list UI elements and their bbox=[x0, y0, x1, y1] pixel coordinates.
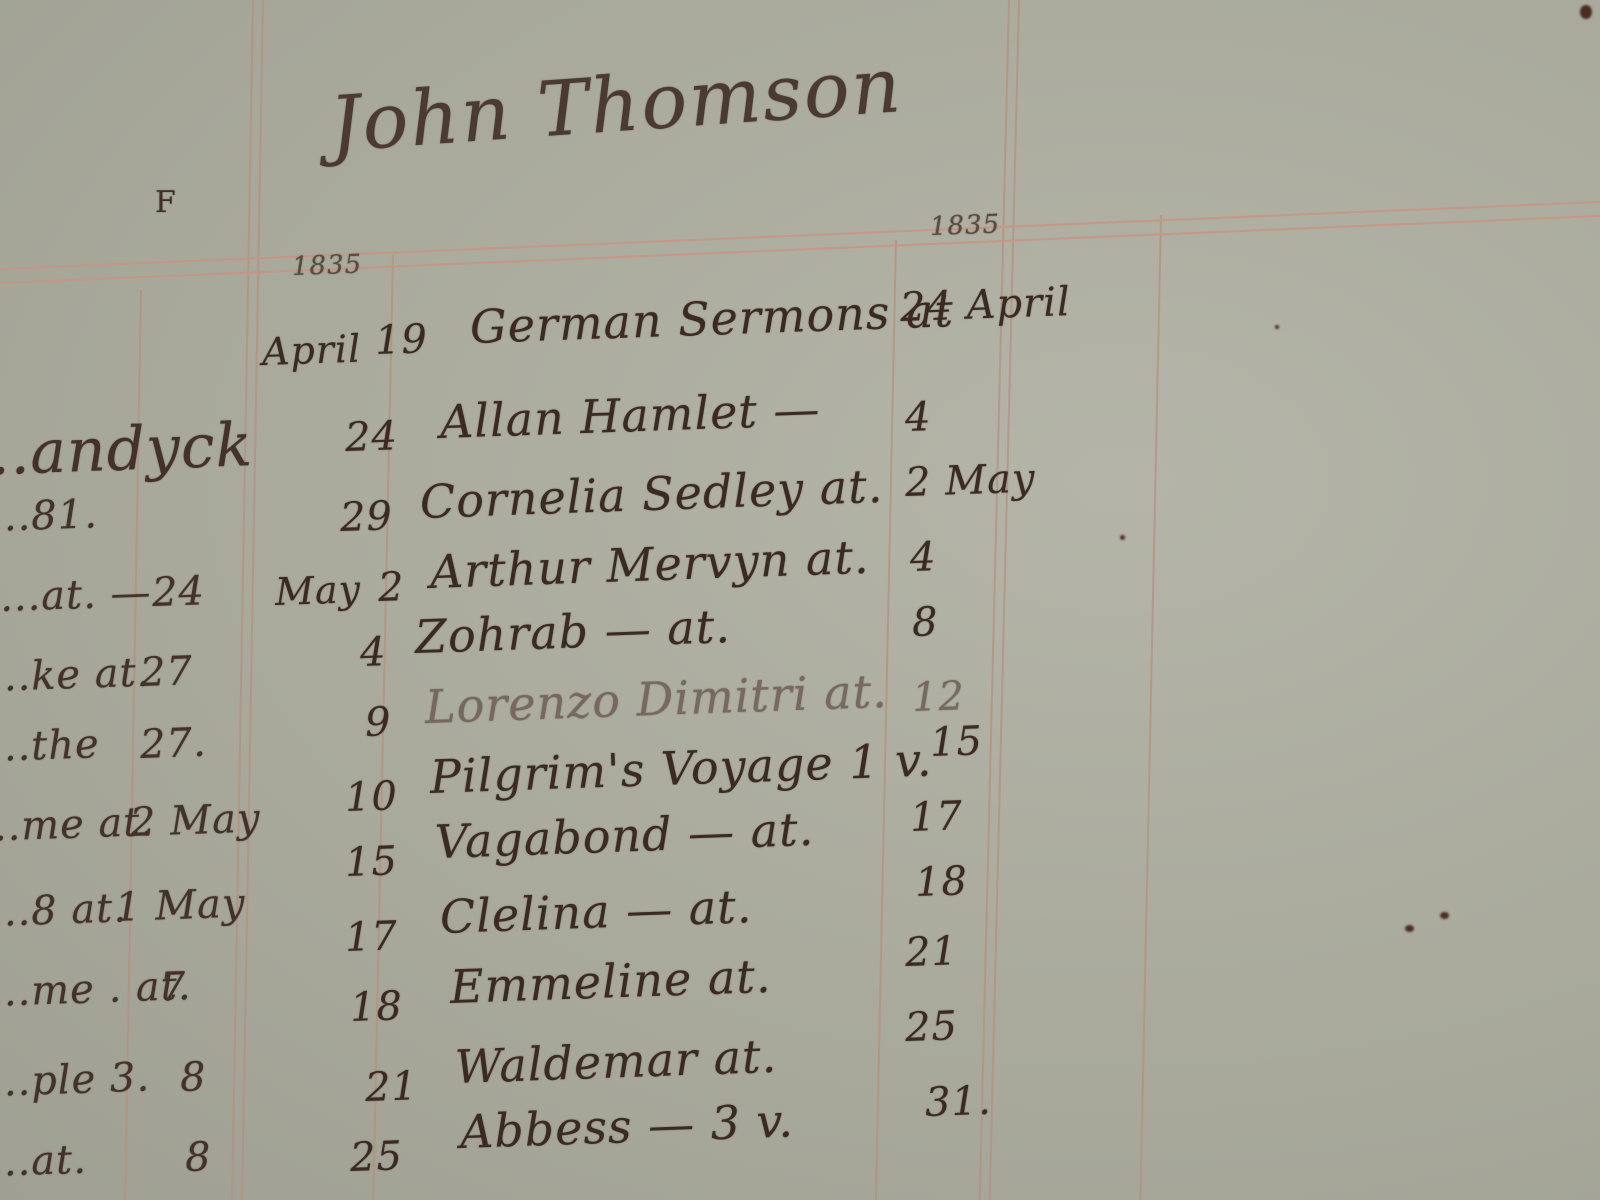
left-entry-text: ...81. bbox=[0, 491, 99, 541]
marginal-mark: F bbox=[155, 185, 177, 220]
row-day: 10 bbox=[344, 773, 398, 821]
left-entry-value: 7 bbox=[159, 964, 187, 1011]
left-entry-text: ...8 at. bbox=[0, 885, 128, 936]
row-entry: Allan Hamlet — bbox=[439, 382, 821, 449]
row-day: 18 bbox=[349, 983, 403, 1031]
left-entry-text: ...ple 3. bbox=[0, 1054, 151, 1106]
row-day: 15 bbox=[344, 838, 398, 886]
row-value: 4 bbox=[909, 534, 937, 581]
row-entry: Vagabond — at. bbox=[434, 802, 815, 869]
row-day: 9 bbox=[364, 699, 392, 746]
row-day: 2 bbox=[377, 564, 405, 611]
row-month: April bbox=[261, 327, 362, 374]
ruled-line-horizontal bbox=[0, 214, 1600, 284]
row-entry: German Sermons at bbox=[469, 283, 955, 354]
ruled-line-vertical bbox=[241, 0, 264, 1200]
ruled-line-vertical bbox=[875, 240, 897, 1200]
row-month: May bbox=[274, 567, 362, 614]
ink-spot bbox=[1580, 5, 1592, 19]
ink-spot bbox=[1275, 325, 1279, 329]
row-value: 8 bbox=[911, 599, 939, 646]
left-entry-value: 2 May bbox=[129, 795, 261, 846]
row-entry: Abbess — 3 v. bbox=[459, 1093, 795, 1159]
left-entry-value: 24 bbox=[151, 568, 205, 616]
row-entry: Arthur Mervyn at. bbox=[429, 530, 870, 599]
row-day: 24 bbox=[344, 413, 398, 461]
row-value: 25 bbox=[904, 1003, 958, 1051]
row-entry: Cornelia Sedley at. bbox=[419, 459, 884, 529]
row-entry: Waldemar at. bbox=[454, 1029, 778, 1094]
row-entry: Lorenzo Dimitri at. bbox=[424, 664, 889, 734]
row-entry: Emmeline at. bbox=[449, 949, 772, 1014]
ink-spot bbox=[1405, 925, 1414, 932]
row-value: 24 April bbox=[899, 279, 1071, 331]
left-entry-text: ...at. — bbox=[0, 570, 152, 621]
row-value: 31. bbox=[924, 1078, 992, 1126]
left-entry-value: 8 bbox=[179, 1054, 207, 1101]
left-entry-text: ...ke at. bbox=[0, 649, 151, 701]
row-day: 17 bbox=[344, 913, 398, 961]
row-value: 4 bbox=[904, 394, 932, 441]
row-value: 2 May bbox=[904, 455, 1036, 506]
row-value: 15 bbox=[929, 718, 983, 766]
row-day: 4 bbox=[359, 629, 387, 676]
row-value: 21 bbox=[904, 928, 958, 976]
row-value: 18 bbox=[914, 858, 968, 906]
row-value: 17 bbox=[909, 793, 963, 841]
year-left: 1835 bbox=[291, 250, 362, 282]
left-entry-value: 27. bbox=[139, 720, 207, 768]
ruled-line-horizontal bbox=[0, 200, 1600, 270]
ledger-page: F John Thomson 1835 1835 ...andyck ...81… bbox=[0, 0, 1600, 1200]
left-entry-value: 1 May bbox=[114, 880, 246, 931]
ink-spot bbox=[1440, 912, 1449, 919]
row-day: 29 bbox=[339, 493, 393, 541]
row-entry: Clelina — at. bbox=[439, 879, 753, 944]
left-entry-text: ...at. bbox=[0, 1137, 88, 1186]
left-entry-value: 8 bbox=[184, 1134, 212, 1181]
row-day: 25 bbox=[349, 1133, 403, 1181]
row-entry: Pilgrim's Voyage 1 v. bbox=[429, 732, 933, 804]
account-holder-name: John Thomson bbox=[327, 40, 905, 169]
row-day: 19 bbox=[374, 316, 428, 364]
year-right: 1835 bbox=[929, 210, 1000, 242]
ink-spot bbox=[1120, 535, 1125, 540]
ruled-line-vertical bbox=[1139, 215, 1162, 1200]
left-account-name: ...andyck bbox=[0, 410, 254, 490]
left-entry-value: 27 bbox=[139, 648, 193, 696]
row-entry: Zohrab — at. bbox=[414, 599, 732, 664]
row-day: 21 bbox=[364, 1063, 418, 1111]
left-entry-text: ...the bbox=[0, 721, 100, 771]
row-value: 12 bbox=[911, 673, 965, 721]
